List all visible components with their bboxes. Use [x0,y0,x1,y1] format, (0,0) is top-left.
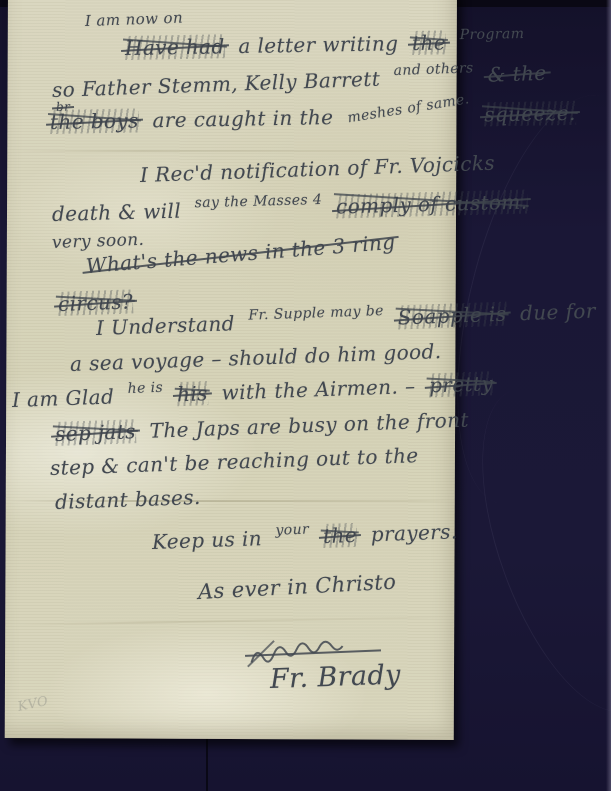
inserted-text: say the Masses 4 [194,192,322,211]
handwritten-text: a letter writing [238,31,398,58]
handwritten-text: prayers. [370,519,458,546]
background-seam [206,737,208,791]
struck-text: comply of custom. [336,190,528,219]
handwritten-text: I am Glad [12,384,115,412]
signature-line: Fr. Brady [269,659,408,695]
inserted-text: Fr. Supple may be [248,303,384,324]
handwritten-text: Keep us in [152,526,263,554]
struck-text: circus? [58,289,134,316]
signature-text: Fr. Brady [269,659,401,695]
handwritten-text: due for [520,299,596,326]
handwritten-text: death & will [52,199,182,226]
letter-line-opening-insert: I am now on [85,8,191,30]
handwritten-text: are caught in the [152,105,333,132]
struck-text: sep jats [55,419,137,446]
inserted-text: he is [127,380,163,397]
struck-text: Have had [125,34,225,60]
struck-text: squeeze. [484,101,576,127]
paper-crease [8,150,457,152]
struck-text: pretty [429,371,494,397]
inserted-text: your [275,521,309,538]
struck-text: Soapple is [397,302,506,330]
struck-text: his [177,381,209,406]
handwritten-text: I am now on [85,9,184,30]
inserted-text: Program [460,26,525,43]
inserted-text: and others [393,60,474,79]
handwritten-text: I Understand [96,311,236,340]
struck-text: & the [487,61,547,87]
handwritten-text: distant bases. [55,485,201,514]
struck-text: the [412,30,446,55]
struck-text: the [323,523,358,548]
struck-text: the boys [50,108,139,134]
letter-line-8: circus? [58,289,141,316]
